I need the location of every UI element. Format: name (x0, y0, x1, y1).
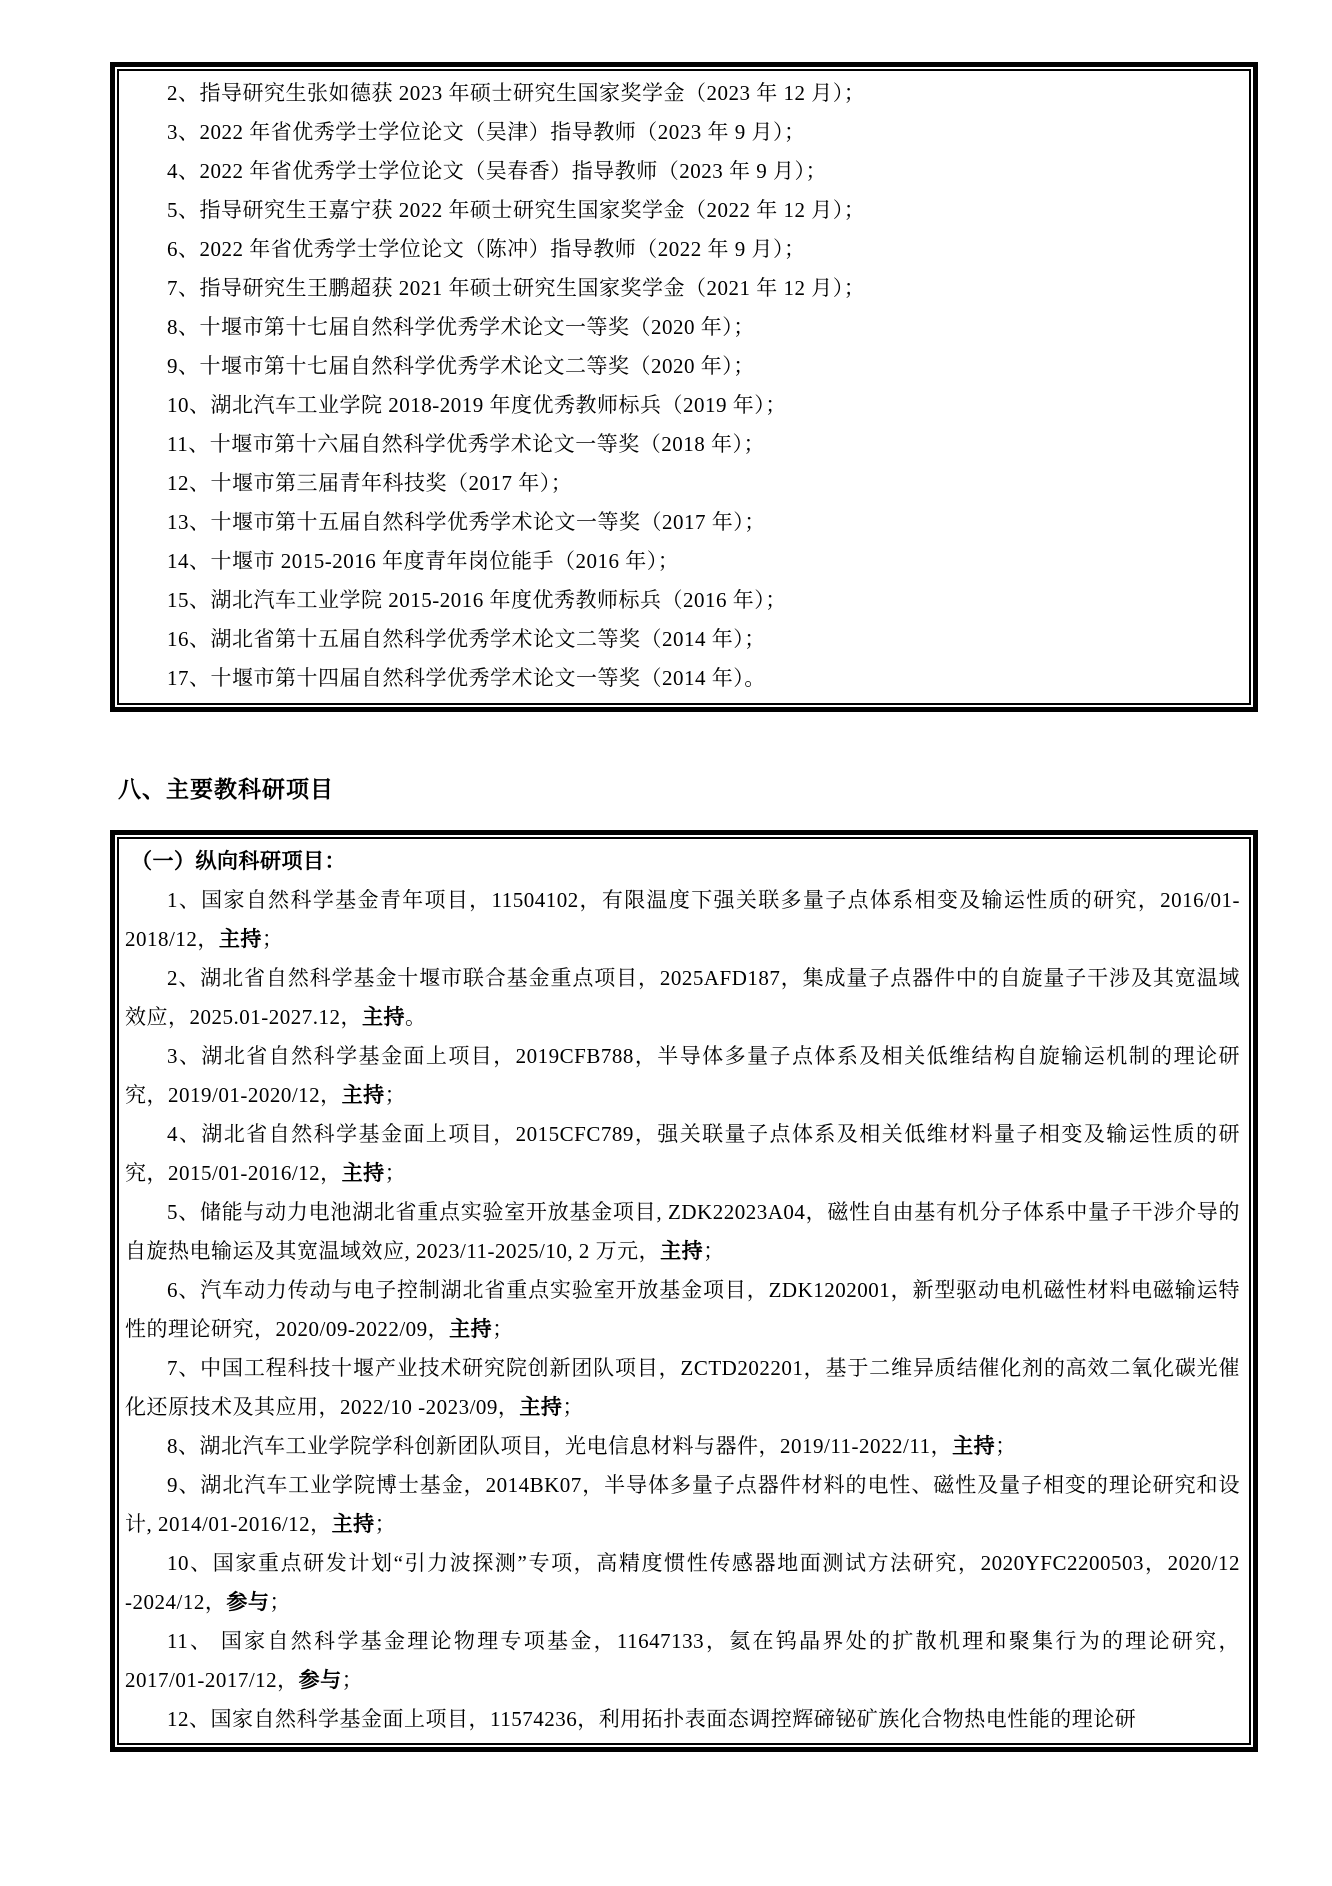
projects-box-inner: （一）纵向科研项目： 1、国家自然科学基金青年项目，11504102，有限温度下… (117, 837, 1251, 1745)
award-item: 13、十堰市第十五届自然科学优秀学术论文一等奖（2017 年）； (125, 503, 1240, 542)
project-item: 6、汽车动力传动与电子控制湖北省重点实验室开放基金项目，ZDK1202001，新… (125, 1271, 1240, 1349)
projects-subtitle: （一）纵向科研项目： (125, 842, 1240, 881)
project-role-bold: 主持 (952, 1434, 995, 1458)
project-role-bold: 主持 (342, 1083, 385, 1107)
project-role-bold: 参与 (299, 1668, 342, 1692)
award-item: 14、十堰市 2015-2016 年度青年岗位能手（2016 年）； (125, 542, 1240, 581)
awards-box-inner: 2、指导研究生张如德获 2023 年硕士研究生国家奖学金（2023 年 12 月… (117, 69, 1251, 705)
project-item: 10、国家重点研发计划“引力波探测”专项，高精度惯性传感器地面测试方法研究，20… (125, 1544, 1240, 1622)
award-item: 6、2022 年省优秀学士学位论文（陈冲）指导教师（2022 年 9 月）； (125, 230, 1240, 269)
project-item: 1、国家自然科学基金青年项目，11504102，有限温度下强关联多量子点体系相变… (125, 881, 1240, 959)
award-item: 10、湖北汽车工业学院 2018-2019 年度优秀教师标兵（2019 年）； (125, 386, 1240, 425)
award-item: 3、2022 年省优秀学士学位论文（吴津）指导教师（2023 年 9 月）； (125, 113, 1240, 152)
project-item: 8、湖北汽车工业学院学科创新团队项目，光电信息材料与器件，2019/11-202… (125, 1427, 1240, 1466)
section-heading: 八、主要教科研项目 (118, 774, 334, 806)
project-item: 11、 国家自然科学基金理论物理专项基金，11647133，氦在钨晶界处的扩散机… (125, 1622, 1240, 1700)
project-item: 5、储能与动力电池湖北省重点实验室开放基金项目, ZDK22023A04，磁性自… (125, 1193, 1240, 1271)
award-item: 5、指导研究生王嘉宁获 2022 年硕士研究生国家奖学金（2022 年 12 月… (125, 191, 1240, 230)
award-item: 8、十堰市第十七届自然科学优秀学术论文一等奖（2020 年）； (125, 308, 1240, 347)
projects-list: 1、国家自然科学基金青年项目，11504102，有限温度下强关联多量子点体系相变… (125, 881, 1240, 1739)
award-item: 9、十堰市第十七届自然科学优秀学术论文二等奖（2020 年）； (125, 347, 1240, 386)
project-role-bold: 主持 (362, 1005, 405, 1029)
award-item: 16、湖北省第十五届自然科学优秀学术论文二等奖（2014 年）； (125, 620, 1240, 659)
project-role-bold: 主持 (660, 1239, 703, 1263)
awards-box: 2、指导研究生张如德获 2023 年硕士研究生国家奖学金（2023 年 12 月… (110, 62, 1258, 712)
award-item: 7、指导研究生王鹏超获 2021 年硕士研究生国家奖学金（2021 年 12 月… (125, 269, 1240, 308)
award-item: 4、2022 年省优秀学士学位论文（吴春香）指导教师（2023 年 9 月）； (125, 152, 1240, 191)
award-item: 11、十堰市第十六届自然科学优秀学术论文一等奖（2018 年）； (125, 425, 1240, 464)
project-item: 2、湖北省自然科学基金十堰市联合基金重点项目，2025AFD187，集成量子点器… (125, 959, 1240, 1037)
project-item: 3、湖北省自然科学基金面上项目，2019CFB788，半导体多量子点体系及相关低… (125, 1037, 1240, 1115)
award-item: 15、湖北汽车工业学院 2015-2016 年度优秀教师标兵（2016 年）； (125, 581, 1240, 620)
project-item: 9、湖北汽车工业学院博士基金，2014BK07，半导体多量子点器件材料的电性、磁… (125, 1466, 1240, 1544)
project-role-bold: 主持 (519, 1395, 562, 1419)
project-item: 12、国家自然科学基金面上项目，11574236，利用拓扑表面态调控辉碲铋矿族化… (125, 1700, 1240, 1739)
project-item: 4、湖北省自然科学基金面上项目，2015CFC789，强关联量子点体系及相关低维… (125, 1115, 1240, 1193)
project-item: 7、中国工程科技十堰产业技术研究院创新团队项目，ZCTD202201，基于二维异… (125, 1349, 1240, 1427)
award-item: 17、十堰市第十四届自然科学优秀学术论文一等奖（2014 年）。 (125, 659, 1240, 698)
project-role-bold: 主持 (332, 1512, 375, 1536)
awards-list: 2、指导研究生张如德获 2023 年硕士研究生国家奖学金（2023 年 12 月… (125, 74, 1240, 698)
award-item: 12、十堰市第三届青年科技奖（2017 年）； (125, 464, 1240, 503)
document-page: 2、指导研究生张如德获 2023 年硕士研究生国家奖学金（2023 年 12 月… (0, 0, 1332, 1886)
award-item: 2、指导研究生张如德获 2023 年硕士研究生国家奖学金（2023 年 12 月… (125, 74, 1240, 113)
project-role-bold: 参与 (226, 1590, 269, 1614)
projects-box: （一）纵向科研项目： 1、国家自然科学基金青年项目，11504102，有限温度下… (110, 830, 1258, 1752)
project-role-bold: 主持 (219, 927, 262, 951)
project-role-bold: 主持 (449, 1317, 492, 1341)
project-role-bold: 主持 (342, 1161, 385, 1185)
